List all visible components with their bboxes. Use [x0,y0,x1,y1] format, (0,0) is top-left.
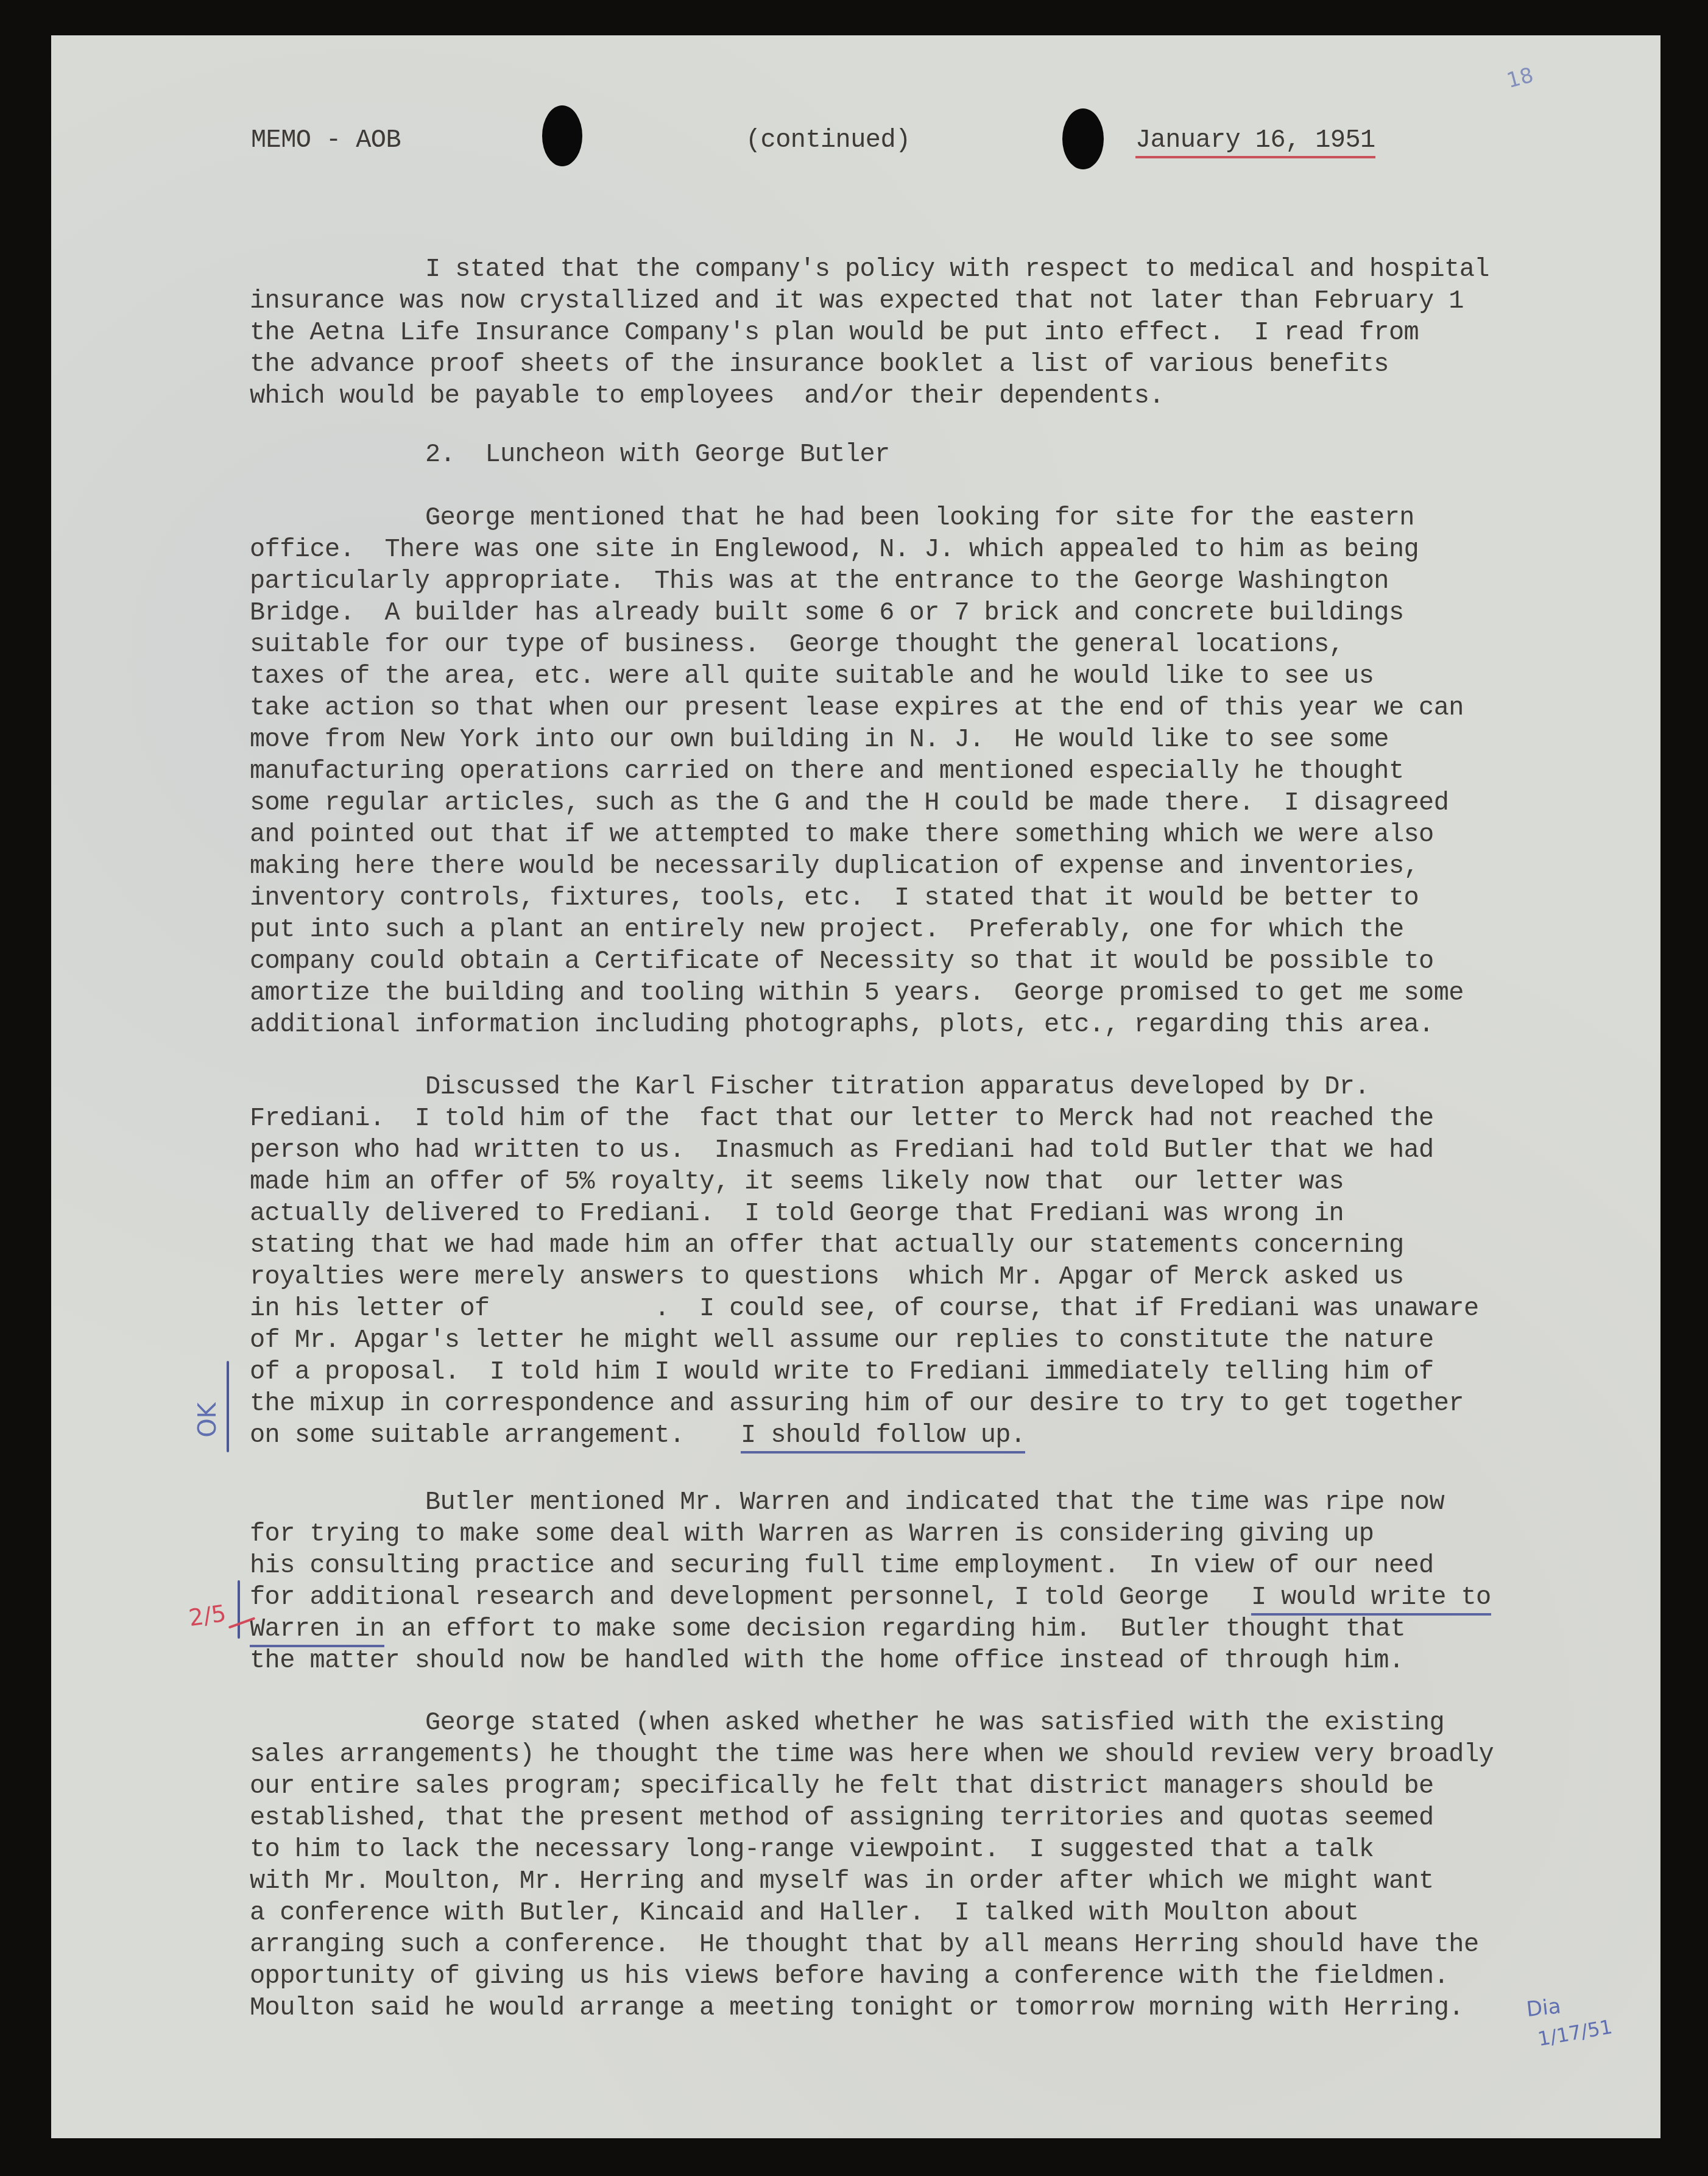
p5-line-9: opportunity of giving us his views befor… [250,1962,1449,1991]
p3-line-7: royalties were merely answers to questio… [250,1262,1404,1291]
p2-line-11: and pointed out that if we attempted to … [250,820,1434,849]
p5-line-2: sales arrangements) he thought the time … [250,1740,1494,1769]
p4-line-4: for additional research and development … [250,1583,1224,1612]
p2-line-13: inventory controls, fixtures, tools, etc… [250,883,1419,913]
p4-line-5a: Warren in [250,1614,384,1647]
p3-line-10: of a proposal. I told him I would write … [250,1357,1434,1386]
p2-line-16: amortize the building and tooling within… [250,978,1464,1008]
margin-bracket-warren [238,1580,240,1639]
p5-line-7: a conference with Butler, Kincaid and Ha… [250,1898,1359,1927]
p2-line-4: Bridge. A builder has already built some… [250,598,1404,627]
p4-line-5b: an effort to make some decision regardin… [386,1614,1405,1644]
p5-line-6: with Mr. Moulton, Mr. Herring and myself… [250,1867,1434,1896]
margin-note-ok: OK [194,1402,222,1438]
p2-line-10: some regular articles, such as the G and… [250,788,1449,818]
p2-line-3: particularly appropriate. This was at th… [250,567,1389,596]
p4-line-3: his consulting practice and securing ful… [250,1551,1434,1580]
section-heading-luncheon: 2. Luncheon with George Butler [425,440,890,469]
date-handwritten: 1/17/51 [1536,2015,1614,2051]
p2-line-6: taxes of the area, etc. were all quite s… [250,662,1374,691]
write-to-warren-note: I would write to [1251,1583,1491,1616]
p2-line-15: company could obtain a Certificate of Ne… [250,947,1434,976]
page-number-mark: 18 [1505,63,1536,93]
margin-note-red: 2/5 [187,1600,228,1631]
p1-line-4: the advance proof sheets of the insuranc… [250,350,1389,379]
p4-line-2: for trying to make some deal with Warren… [250,1519,1374,1549]
memo-page: MEMO - AOB (continued) January 16, 1951 … [51,35,1660,2138]
p3-line-1: Discussed the Karl Fischer titration app… [425,1072,1369,1101]
p5-line-3: our entire sales program; specifically h… [250,1772,1434,1801]
p1-line-2: insurance was now crystallized and it wa… [250,286,1464,316]
p2-line-17: additional information including photogr… [250,1010,1434,1039]
p3-line-9: of Mr. Apgar's letter he might well assu… [250,1326,1434,1355]
p1-line-3: the Aetna Life Insurance Company's plan … [250,318,1419,347]
p2-line-7: take action so that when our present lea… [250,693,1464,722]
p3-line-4: made him an offer of 5% royalty, it seem… [250,1167,1344,1196]
p3-line-2: Frediani. I told him of the fact that ou… [250,1104,1434,1133]
punch-hole-left [542,105,582,166]
memo-header-continued: (continued) [746,125,911,155]
p1-line-5: which would be payable to employees and/… [250,381,1164,411]
initials-handwritten: Dia [1525,1994,1562,2022]
p3-line-5: actually delivered to Frediani. I told G… [250,1199,1344,1228]
p3-line-11: the mixup in correspondence and assuring… [250,1389,1464,1418]
p5-line-10: Moulton said he would arrange a meeting … [250,1993,1464,2022]
p2-line-1: George mentioned that he had been lookin… [425,503,1414,532]
punch-hole-right [1062,108,1104,169]
p3-line-3: person who had written to us. Inasmuch a… [250,1136,1434,1165]
p5-line-1: George stated (when asked whether he was… [425,1708,1444,1737]
p2-line-9: manufacturing operations carried on ther… [250,757,1404,786]
memo-date: January 16, 1951 [1135,125,1375,158]
p2-line-12: making here there would be necessarily d… [250,852,1419,881]
p4-line-1: Butler mentioned Mr. Warren and indicate… [425,1488,1444,1517]
follow-up-note: I should follow up. [741,1421,1025,1454]
memo-header-left: MEMO - AOB [251,125,401,155]
p3-line-6: stating that we had made him an offer th… [250,1231,1404,1260]
p5-line-8: arranging such a conference. He thought … [250,1930,1479,1959]
p5-line-4: established, that the present method of … [250,1803,1434,1832]
p5-line-5: to him to lack the necessary long-range … [250,1835,1374,1864]
p3-line-12: on some suitable arrangement. [250,1421,715,1450]
p2-line-8: move from New York into our own building… [250,725,1389,754]
p4-line-6: the matter should now be handled with th… [250,1646,1404,1675]
p3-line-8: in his letter of . I could see, of cours… [250,1294,1479,1323]
p2-line-2: office. There was one site in Englewood,… [250,535,1419,564]
p1-line-1: I stated that the company's policy with … [425,255,1489,284]
p2-line-14: put into such a plant an entirely new pr… [250,915,1404,944]
p2-line-5: suitable for our type of business. Georg… [250,630,1344,659]
margin-bracket-ok [227,1361,229,1452]
